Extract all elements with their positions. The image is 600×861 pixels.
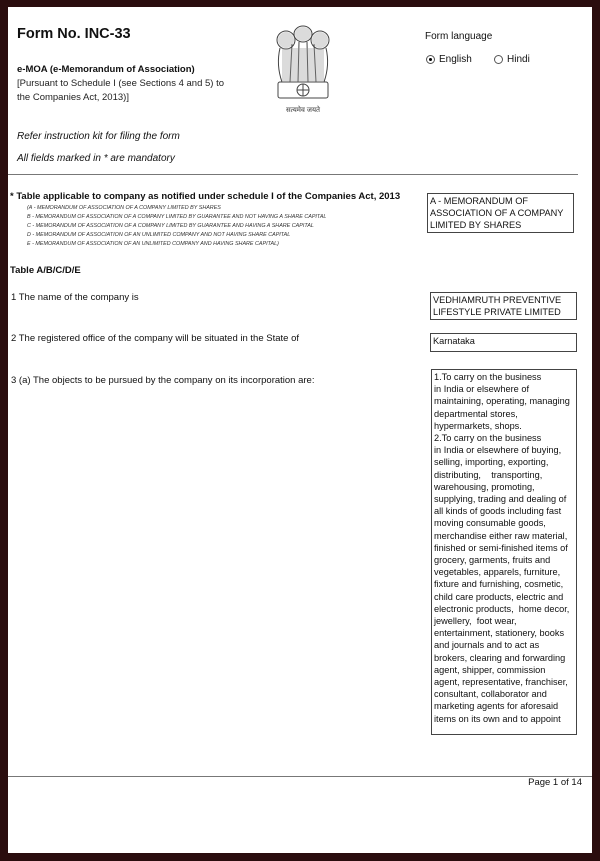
objects-field[interactable]: 1.To carry on the businessin India or el…	[431, 369, 577, 735]
pursuant-line-1: [Pursuant to Schedule I (see Sections 4 …	[17, 78, 224, 89]
objects-line: maintaining, operating, managing	[434, 395, 574, 407]
emblem-motto: सत्यमेव जयते	[266, 106, 340, 115]
objects-line: selling, importing, exporting,	[434, 456, 574, 468]
company-name-field[interactable]: VEDHIAMRUTH PREVENTIVE LIFESTYLE PRIVATE…	[430, 292, 577, 320]
page-indicator: Page 1 of 14	[528, 777, 582, 788]
form-page: Form No. INC-33 e-MOA (e-Memorandum of A…	[8, 7, 592, 853]
objects-line: hypermarkets, shops.	[434, 420, 574, 432]
objects-line: departmental stores,	[434, 408, 574, 420]
objects-line: entertainment, stationery, books	[434, 627, 574, 639]
objects-line: supplying, trading and dealing of	[434, 493, 574, 505]
question-1-label: 1 The name of the company is	[11, 292, 139, 303]
objects-line: 2.To carry on the business	[434, 432, 574, 444]
objects-line: moving consumable goods,	[434, 517, 574, 529]
state-field[interactable]: Karnataka	[430, 333, 577, 352]
radio-english[interactable]: English	[426, 54, 472, 65]
table-option-b: B - MEMORANDUM OF ASSOCIATION OF A COMPA…	[27, 214, 326, 220]
form-language-label: Form language	[425, 31, 492, 42]
footer-divider	[8, 776, 592, 777]
section-heading: Table A/B/C/D/E	[10, 265, 81, 276]
objects-line: items on its own and to appoint	[434, 713, 574, 725]
question-2-label: 2 The registered office of the company w…	[11, 333, 299, 344]
header-divider	[8, 174, 578, 175]
radio-hindi[interactable]: Hindi	[494, 54, 530, 65]
objects-line: distributing, transporting,	[434, 469, 574, 481]
mandatory-fields-note: All fields marked in * are mandatory	[17, 153, 175, 164]
radio-english-label: English	[439, 54, 472, 65]
objects-line: vegetables, apparels, furniture,	[434, 566, 574, 578]
table-applicable-label: * Table applicable to company as notifie…	[10, 191, 400, 202]
table-option-a: (A - MEMORANDUM OF ASSOCIATION OF A COMP…	[27, 205, 221, 211]
form-name: e-MOA (e-Memorandum of Association)	[17, 64, 195, 75]
objects-line: 1.To carry on the business	[434, 371, 574, 383]
table-option-e: E - MEMORANDUM OF ASSOCIATION OF AN UNLI…	[27, 241, 279, 247]
objects-line: marketing agents for aforesaid	[434, 700, 574, 712]
objects-line: agent, shipper, commission	[434, 664, 574, 676]
table-applicable-field[interactable]: A - MEMORANDUM OF ASSOCIATION OF A COMPA…	[427, 193, 574, 233]
state-emblem-icon: सत्यमेव जयते	[266, 20, 340, 116]
objects-line: and journals and to act as	[434, 639, 574, 651]
objects-line: jewellery, foot wear,	[434, 615, 574, 627]
radio-unselected-icon[interactable]	[494, 55, 503, 64]
objects-line: merchandise either raw material,	[434, 530, 574, 542]
objects-line: brokers, clearing and forwarding	[434, 652, 574, 664]
form-number: Form No. INC-33	[17, 26, 131, 42]
objects-line: consultant, collaborator and	[434, 688, 574, 700]
objects-line: agent, representative, franchiser,	[434, 676, 574, 688]
objects-line: in India or elsewhere of	[434, 383, 574, 395]
radio-hindi-label: Hindi	[507, 54, 530, 65]
objects-line: finished or semi-finished items of	[434, 542, 574, 554]
question-3a-label: 3 (a) The objects to be pursued by the c…	[11, 375, 314, 386]
instruction-kit-note: Refer instruction kit for filing the for…	[17, 131, 180, 142]
pursuant-line-2: the Companies Act, 2013)]	[17, 92, 129, 103]
objects-line: electronic products, home decor,	[434, 603, 574, 615]
objects-line: in India or elsewhere of buying,	[434, 444, 574, 456]
objects-line: child care products, electric and	[434, 591, 574, 603]
objects-line: fixture and furnishing, cosmetic,	[434, 578, 574, 590]
objects-line: grocery, garments, fruits and	[434, 554, 574, 566]
table-option-d: D - MEMORANDUM OF ASSOCIATION OF AN UNLI…	[27, 232, 290, 238]
radio-selected-icon[interactable]	[426, 55, 435, 64]
objects-line: warehousing, promoting,	[434, 481, 574, 493]
table-option-c: C - MEMORANDUM OF ASSOCIATION OF A COMPA…	[27, 223, 314, 229]
objects-line: all kinds of goods including fast	[434, 505, 574, 517]
